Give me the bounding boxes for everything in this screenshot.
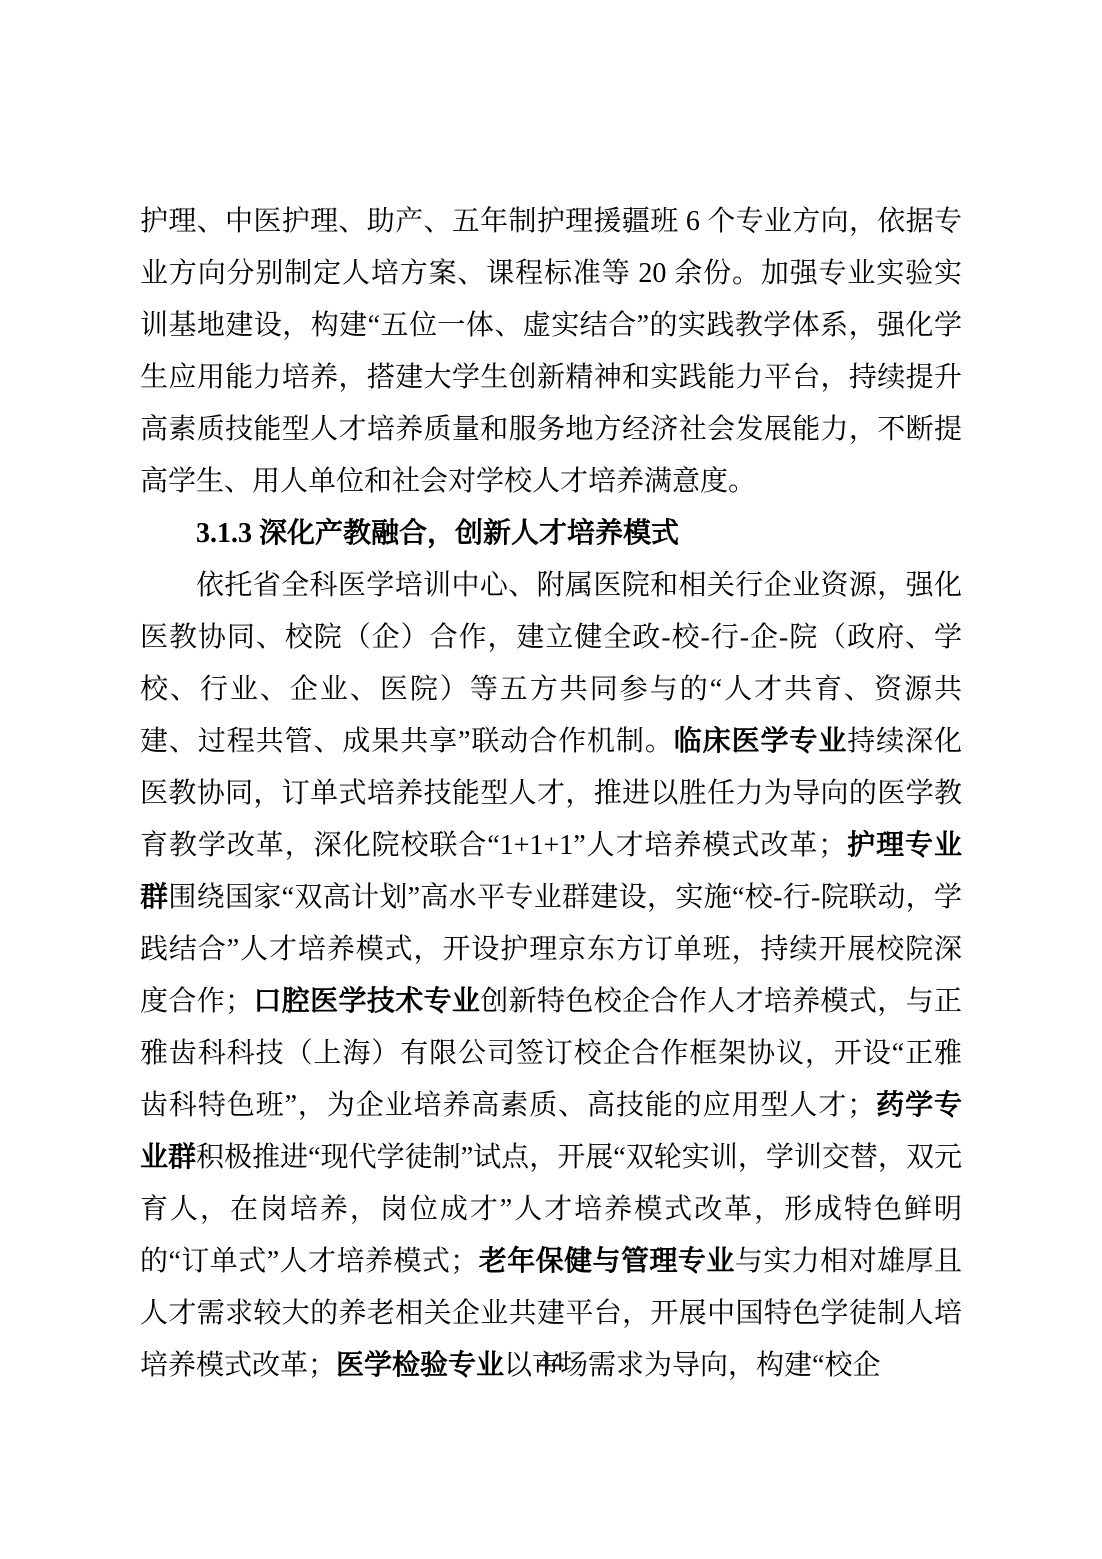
page-content: 护理、中医护理、助产、五年制护理援疆班 6 个专业方向，依据专业方向分别制定人培… xyxy=(140,196,962,1392)
document-page: 护理、中医护理、助产、五年制护理援疆班 6 个专业方向，依据专业方向分别制定人培… xyxy=(0,0,1102,1559)
page-number: 44 xyxy=(0,1342,1102,1382)
major-name-elderly-care-management: 老年保健与管理专业 xyxy=(478,1246,735,1277)
major-name-dental-technology: 口腔医学技术专业 xyxy=(253,986,480,1017)
paragraph-body: 依托省全科医学培训中心、附属医院和相关行企业资源，强化医教协同、校院（企）合作，… xyxy=(140,560,962,1392)
major-name-clinical-medicine: 临床医学专业 xyxy=(674,726,847,757)
paragraph-continuation: 护理、中医护理、助产、五年制护理援疆班 6 个专业方向，依据专业方向分别制定人培… xyxy=(140,196,962,508)
section-heading: 3.1.3 深化产教融合，创新人才培养模式 xyxy=(140,508,962,560)
